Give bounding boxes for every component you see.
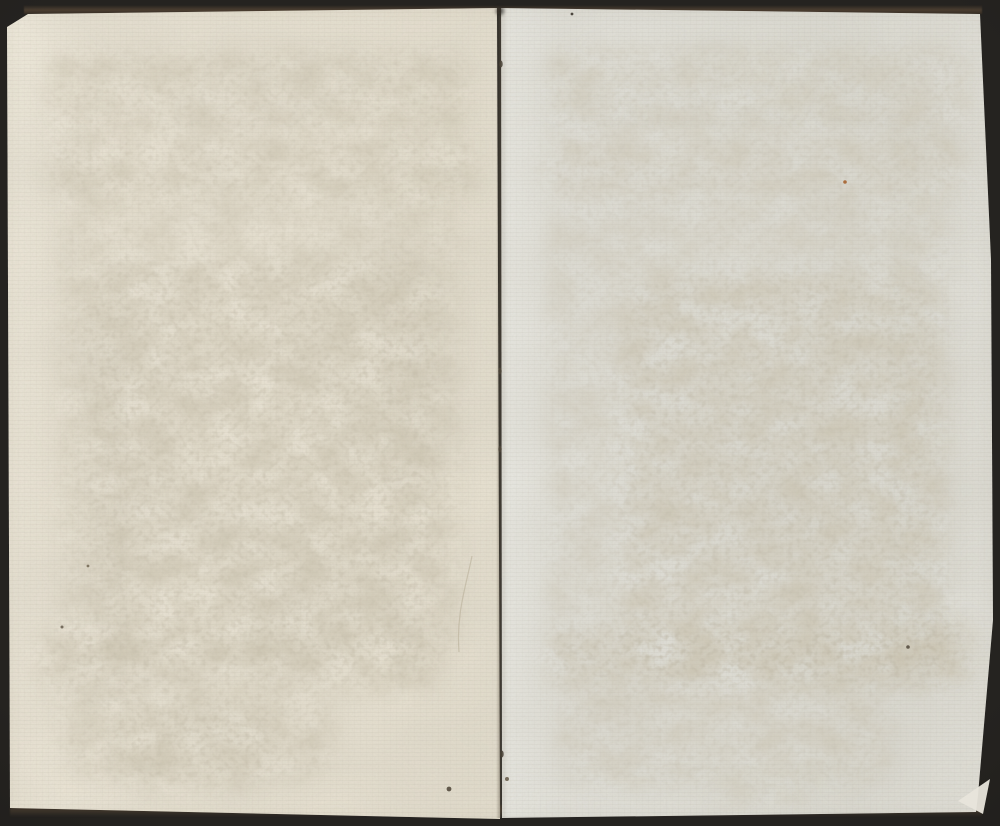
binding-stitch	[498, 368, 501, 375]
book-scan-backdrop	[0, 0, 1000, 826]
binding-stitch	[498, 446, 501, 453]
